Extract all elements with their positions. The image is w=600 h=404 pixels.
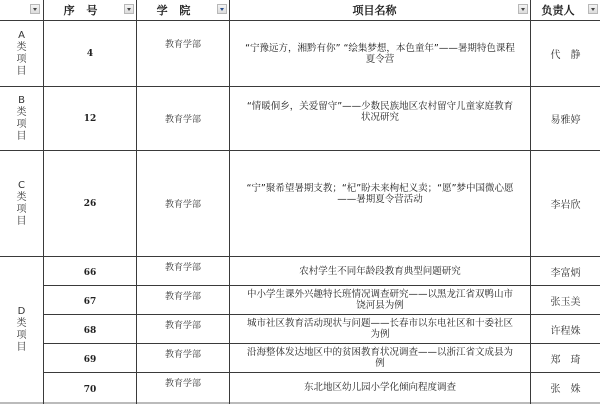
school-cell: 教育学部 [137,257,229,285]
header-project-name: 项目名称 [229,0,530,20]
filter-dropdown-icon[interactable] [588,4,598,14]
category-a: A 类 项 目 [0,21,43,86]
project-title-cell: 城市社区教育活动现状与问题——长春市以东电社区和十委社区为例 [230,315,530,343]
person-cell: 易雅婷 [531,87,600,150]
seq-cell: 4 [44,21,136,86]
filter-active-icon[interactable] [217,4,227,14]
filter-dropdown-icon[interactable] [30,4,40,14]
header-school: 学 院 [136,0,229,20]
project-title-cell: “情暖侗乡，关爱留守”——少数民族地区农村留守儿童家庭教育状况研究 [230,87,530,137]
project-title-cell: 东北地区幼儿园小学化倾向程度调查 [230,373,530,402]
person-cell: 李岩欣 [531,151,600,256]
filter-dropdown-icon[interactable] [124,4,134,14]
person-cell: 张玉美 [531,286,600,314]
seq-cell: 26 [44,151,136,256]
person-cell: 许程姝 [531,315,600,343]
person-cell: 代 静 [531,21,600,86]
person-cell: 张 姝 [531,373,600,402]
category-b: B 类 项 目 [0,87,43,150]
project-table: 序 号 学 院 项目名称 负责人 A 类 项 目 B 类 项 目 C 类 项 目… [0,0,600,404]
seq-cell: 68 [44,315,136,343]
project-title-cell: “宁豫远方，湘黔有你” “绘集梦想，本色童年”——暑期特色课程夏令营 [230,21,530,86]
school-cell: 教育学部 [137,373,229,402]
seq-cell: 69 [44,344,136,372]
project-title-cell: 农村学生不同年龄段教育典型问题研究 [230,257,530,285]
header-seq: 序 号 [43,0,136,20]
school-cell: 教育学部 [137,21,229,66]
category-d: D 类 项 目 [0,257,43,402]
project-title-cell: “宁”聚希望暑期支教；“杞”盼未来枸杞义卖；“愿”梦中国微心愿——暑期夏令营活动 [230,151,530,236]
school-cell: 教育学部 [137,315,229,343]
school-cell: 教育学部 [137,87,229,150]
project-title-cell: 沿海整体发达地区中的贫困教育状况调查——以浙江省文成县为例 [230,344,530,372]
filter-dropdown-icon[interactable] [518,4,528,14]
seq-cell: 66 [44,257,136,285]
category-c: C 类 项 目 [0,151,43,256]
person-cell: 李富炳 [531,257,600,285]
person-cell: 郑 琦 [531,344,600,372]
seq-cell: 70 [44,373,136,402]
project-title-cell: 中小学生课外兴趣特长班情况调查研究——以黑龙江省双鸭山市饶河县为例 [230,286,530,314]
seq-cell: 12 [44,87,136,150]
school-cell: 教育学部 [137,344,229,372]
seq-cell: 67 [44,286,136,314]
school-cell: 教育学部 [137,286,229,314]
school-cell: 教育学部 [137,151,229,256]
